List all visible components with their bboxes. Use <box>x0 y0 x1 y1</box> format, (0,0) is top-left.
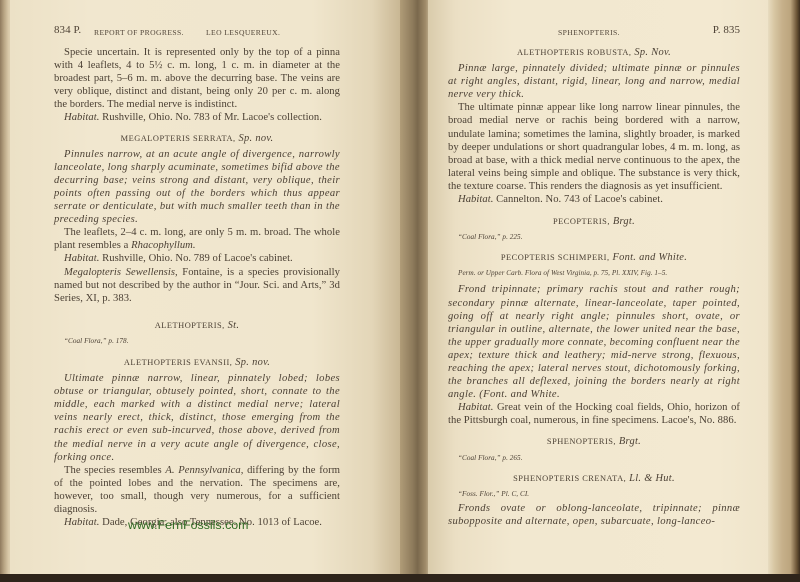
running-head-title: Report of Progress. <box>94 26 184 39</box>
habitat-paragraph: Habitat. Rushville, Ohio. No. 789 of Lac… <box>54 252 340 265</box>
species-description: Fronds ovate or oblong-lanceolate, tripi… <box>448 502 740 528</box>
watermark-link[interactable]: www.FernFossils.com <box>128 518 248 532</box>
genus-heading: Alethopteris, St. <box>54 319 340 332</box>
paragraph: Specie uncertain. It is represented only… <box>54 46 340 111</box>
reference-citation: “Coal Flora,” p. 178. <box>64 335 340 348</box>
left-running-head: 834 P. Report of Progress. Leo Lesquereu… <box>54 24 340 40</box>
reference-citation: Perm. or Upper Carb. Flora of West Virgi… <box>458 267 740 279</box>
paragraph: Megalopteris Sewellensis, Fontaine, is a… <box>54 266 340 305</box>
habitat-paragraph: Habitat. Rushville, Ohio. No. 783 of Mr.… <box>54 111 340 124</box>
genus-heading: Sphenopteris, Brgt. <box>448 435 740 448</box>
habitat-paragraph: Habitat. Cannelton. No. 743 of Lacoe's c… <box>448 193 740 206</box>
open-book: 834 P. Report of Progress. Leo Lesquereu… <box>0 0 800 582</box>
species-heading: Megalopteris serrata, Sp. nov. <box>54 132 340 145</box>
paragraph: The species resembles A. Pennsylvanica, … <box>54 464 340 516</box>
right-page-edge <box>768 0 800 582</box>
reference-citation: “Coal Flora,” p. 265. <box>458 452 740 465</box>
left-page-text: 834 P. Report of Progress. Leo Lesquereu… <box>54 24 340 529</box>
running-head-author: Leo Lesquereux. <box>206 26 280 39</box>
right-page-text: Sphenopteris. P. 835 Alethopteris robust… <box>448 24 740 528</box>
paragraph: The ultimate pinnæ appear like long narr… <box>448 101 740 193</box>
habitat-label: Habitat. <box>64 112 99 123</box>
species-description: Frond tripinnate; primary rachis stout a… <box>448 283 740 401</box>
paragraph: The leaflets, 2–4 c. m. long, are only 5… <box>54 226 340 252</box>
species-heading: Pecopteris Schimperi, Font. and White. <box>448 251 740 264</box>
species-heading: Sphenopteris crenata, Ll. & Hut. <box>448 472 740 485</box>
page-number: P. 835 <box>713 24 740 37</box>
reference-citation: “Coal Flora,” p. 225. <box>458 231 740 244</box>
species-heading: Alethopteris Evansii, Sp. nov. <box>54 356 340 369</box>
species-description: Pinnules narrow, at an acute angle of di… <box>54 148 340 227</box>
species-heading: Alethopteris robusta, Sp. Nov. <box>448 46 740 59</box>
species-description: Pinnæ large, pinnately divided; ultimate… <box>448 62 740 101</box>
species-description: Ultimate pinnæ narrow, linear, pinnately… <box>54 372 340 464</box>
bottom-shadow <box>0 574 800 582</box>
running-head-title: Sphenopteris. <box>558 26 620 39</box>
genus-heading: Pecopteris, Brgt. <box>448 215 740 228</box>
page-number: 834 P. <box>54 24 81 37</box>
right-running-head: Sphenopteris. P. 835 <box>448 24 740 40</box>
habitat-paragraph: Habitat. Great vein of the Hocking coal … <box>448 401 740 427</box>
reference-citation: “Foss. Flor.,” Pl. C, CI. <box>458 488 740 501</box>
